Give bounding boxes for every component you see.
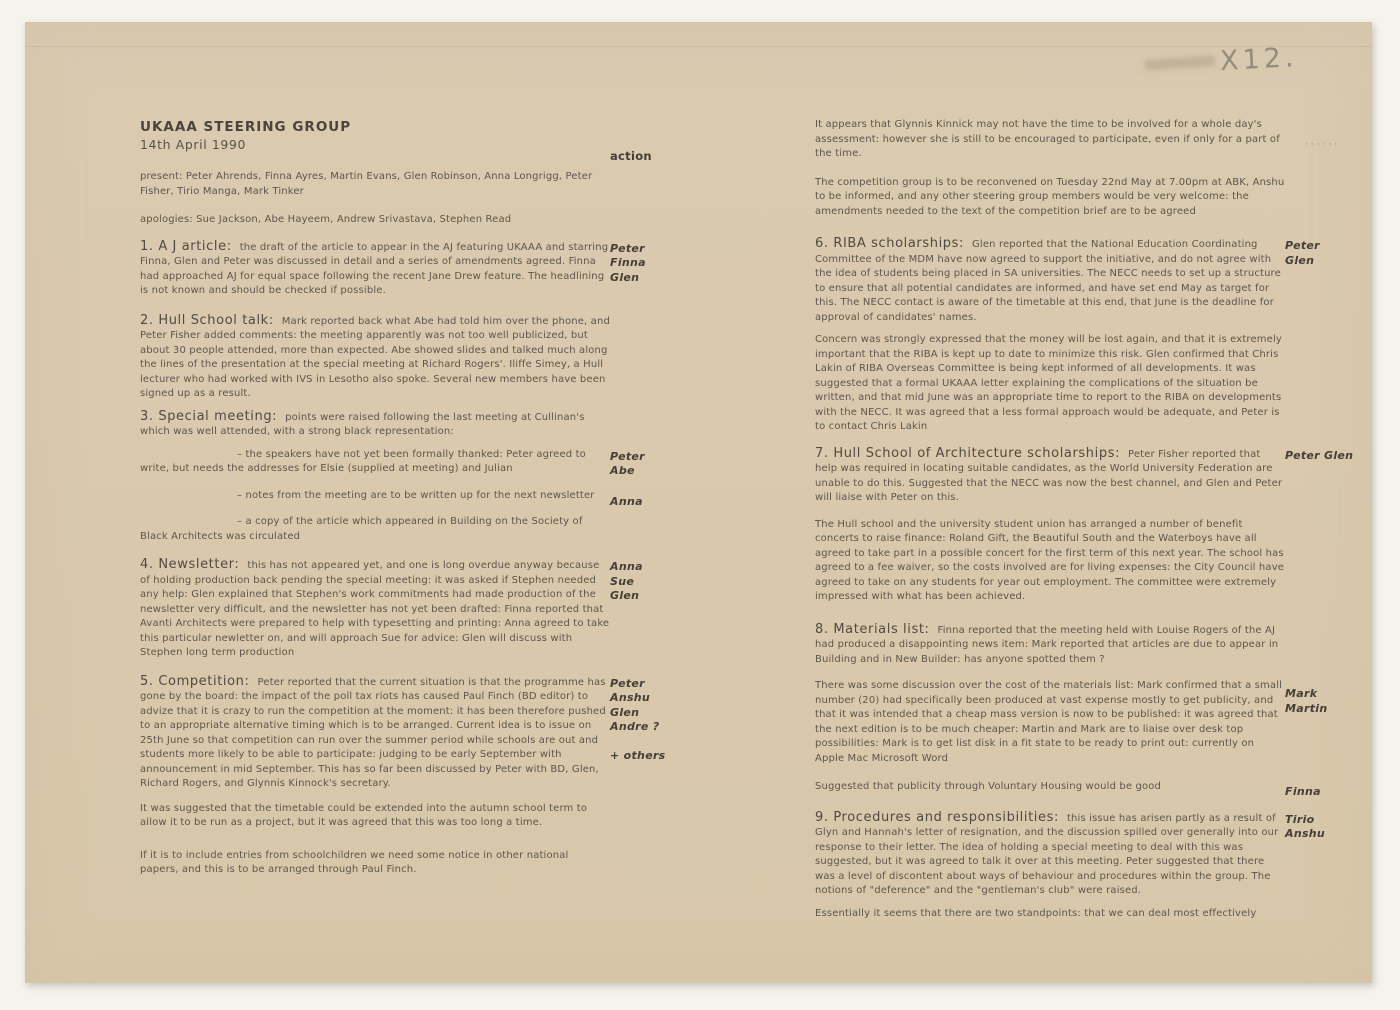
apologies-line: apologies: Sue Jackson, Abe Hayeem, Andr…: [140, 213, 610, 228]
section-heading: 6. RIBA scholarships:: [815, 236, 972, 251]
paragraph-glynnis-kinnick: It appears that Glynnis Kinnick may not …: [815, 118, 1285, 162]
paragraph-timetable-extension: It was suggested that the timetable coul…: [140, 802, 610, 831]
action-names: Peter Finna Glen: [610, 242, 698, 286]
action-names: Finna: [1285, 785, 1373, 800]
section-heading: 3. Special meeting:: [140, 409, 285, 424]
action-names: Peter Glen: [1285, 449, 1373, 464]
section-text: Glen reported that the National Educatio…: [815, 239, 1281, 323]
section-3-special-meeting: 3. Special meeting:points were raised fo…: [140, 410, 610, 440]
section-2-hull-school-talk: 2. Hull School talk:Mark reported back w…: [140, 314, 610, 402]
section-text: Mark reported back what Abe had told him…: [140, 316, 610, 400]
bullet-meeting-notes: – notes from the meeting are to be writt…: [140, 489, 610, 504]
page-title: UKAAA STEERING GROUP: [140, 118, 610, 136]
action-names: Anna: [610, 495, 698, 510]
document-header: UKAAA STEERING GROUP 14th April 1990 act…: [140, 118, 610, 154]
paper-crease: [25, 46, 1372, 47]
section-body: 9. Procedures and responsibilities:this …: [815, 811, 1285, 899]
present-line: present: Peter Ahrends, Finna Ayres, Mar…: [140, 170, 610, 199]
action-names: Peter Anshu Glen Andre ? + others: [610, 677, 698, 764]
section-8-materials-list: 8. Materials list:Finna reported that th…: [815, 623, 1285, 668]
paragraph-benefit-concerts: The Hull school and the university stude…: [815, 518, 1285, 605]
section-body: 8. Materials list:Finna reported that th…: [815, 623, 1285, 668]
section-body: 3. Special meeting:points were raised fo…: [140, 410, 610, 440]
section-text: this issue has arisen partly as a result…: [815, 813, 1278, 897]
bullet-building-article: – a copy of the article which appeared i…: [140, 515, 610, 544]
section-4-newsletter: 4. Newsletter:this has not appeared yet,…: [140, 558, 610, 661]
bullet-speakers-thanked: – the speakers have not yet been formall…: [140, 448, 610, 477]
right-column: It appears that Glynnis Kinnick may not …: [815, 118, 1285, 921]
section-body: 6. RIBA scholarships:Glen reported that …: [815, 237, 1285, 325]
paragraph-competition-group: The competition group is to be reconvene…: [815, 176, 1285, 220]
action-names: Tirio Anshu: [1285, 813, 1373, 842]
section-heading: 8. Materials list:: [815, 622, 938, 637]
left-column: UKAAA STEERING GROUP 14th April 1990 act…: [140, 118, 610, 878]
section-text: this has not appeared yet, and one is lo…: [140, 560, 609, 658]
action-names: Peter Glen: [1285, 239, 1373, 268]
section-heading: 5. Competition:: [140, 674, 257, 689]
section-9-procedures-responsibilities: 9. Procedures and responsibilities:this …: [815, 811, 1285, 899]
action-column-label: action: [610, 149, 698, 164]
section-heading: 1. A J article:: [140, 239, 240, 254]
pencil-dots: [1305, 140, 1375, 150]
section-1-aj-article: 1. A J article:the draft of the article …: [140, 240, 610, 299]
section-7-hull-architecture-scholarships: 7. Hull School of Architecture scholarsh…: [815, 447, 1285, 506]
section-heading: 2. Hull School talk:: [140, 313, 282, 328]
pencil-smudge: [1145, 56, 1216, 71]
section-heading: 9. Procedures and responsibilities:: [815, 810, 1067, 825]
section-body: 1. A J article:the draft of the article …: [140, 240, 610, 299]
handwritten-x12-annotation: X12.: [1219, 42, 1298, 77]
section-5-competition: 5. Competition:Peter reported that the c…: [140, 675, 610, 792]
section-body: 7. Hull School of Architecture scholarsh…: [815, 447, 1285, 506]
bullet-text: – the speakers have not yet been formall…: [140, 448, 610, 477]
paragraph-two-standpoints: Essentially it seems that there are two …: [815, 907, 1285, 922]
paragraph-text: There was some discussion over the cost …: [815, 679, 1285, 766]
section-body: 5. Competition:Peter reported that the c…: [140, 675, 610, 792]
section-6-riba-scholarships: 6. RIBA scholarships:Glen reported that …: [815, 237, 1285, 325]
bullet-text: – a copy of the article which appeared i…: [140, 515, 610, 544]
action-names: Peter Abe: [610, 450, 698, 479]
section-body: 4. Newsletter:this has not appeared yet,…: [140, 558, 610, 661]
paragraph-text: Suggested that publicity through Volunta…: [815, 780, 1285, 795]
section-text: Peter reported that the current situatio…: [140, 677, 606, 790]
meeting-date: 14th April 1990: [140, 136, 610, 154]
section-body: 2. Hull School talk:Mark reported back w…: [140, 314, 610, 402]
section-heading: 4. Newsletter:: [140, 557, 247, 572]
action-names: Anna Sue Glen: [610, 560, 698, 604]
action-names: Mark Martin: [1285, 687, 1373, 716]
paragraph-materials-cost: There was some discussion over the cost …: [815, 679, 1285, 766]
paragraph-riba-concern: Concern was strongly expressed that the …: [815, 333, 1285, 435]
paragraph-voluntary-housing: Suggested that publicity through Volunta…: [815, 780, 1285, 795]
bullet-text: – notes from the meeting are to be writt…: [140, 489, 610, 504]
paragraph-schoolchildren-notice: If it is to include entries from schoolc…: [140, 849, 610, 878]
document-page: X12. UKAAA STEERING GROUP 14th April 199…: [25, 22, 1372, 983]
section-heading: 7. Hull School of Architecture scholarsh…: [815, 446, 1128, 461]
